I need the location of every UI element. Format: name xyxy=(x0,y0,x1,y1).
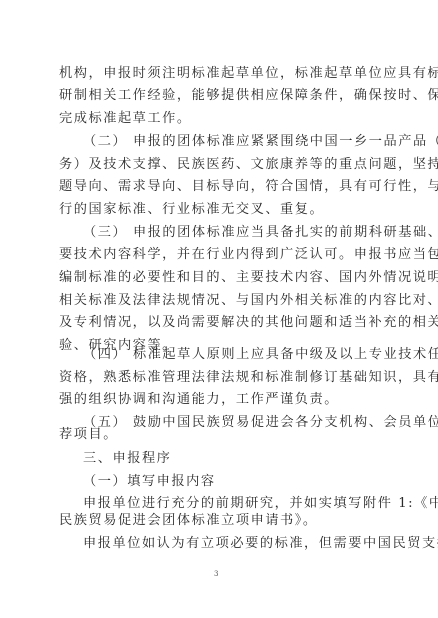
page-number: 3 xyxy=(214,570,218,578)
text-line: 务）及技术支撑、民族医药、文旅康养等的重点问题，坚持问 xyxy=(59,157,379,173)
subsection-heading: （一）填写申报内容 xyxy=(83,474,403,490)
text-line: 相关标准及法律法规情况、与国内外相关标准的内容比对、涉 xyxy=(59,293,379,309)
text-line: 及专利情况，以及尚需要解决的其他问题和适当补充的相关试 xyxy=(59,315,379,331)
text-line: 机构，申报时须注明标准起草单位，标准起草单位应具有标准 xyxy=(59,66,379,82)
text-line: 行的国家标准、行业标准无交叉、重复。 xyxy=(59,202,379,218)
text-line: （二） 申报的团体标准应紧紧围绕中国一乡一品产品（服 xyxy=(83,134,403,150)
text-line: 资格，熟悉标准管理法律法规和标准制修订基础知识，具有较 xyxy=(59,370,379,386)
text-line: 荐项目。 xyxy=(59,427,379,443)
text-line: 强的组织协调和沟通能力，工作严谨负责。 xyxy=(59,392,379,408)
text-line: 完成标准起草工作。 xyxy=(59,111,379,127)
text-line: 民族贸易促进会团体标准立项申请书》。 xyxy=(59,513,379,529)
text-line: 编制标准的必要性和目的、主要技术内容、国内外情况说明、 xyxy=(59,270,379,286)
text-line: （四） 标准起草人原则上应具备中级及以上专业技术任职 xyxy=(83,347,403,363)
text-line: 研制相关工作经验，能够提供相应保障条件，确保按时、保质 xyxy=(59,88,379,104)
text-line: 题导向、需求导向、目标导向，符合国情，具有可行性，与现 xyxy=(59,179,379,195)
text-line: 申报单位进行充分的前期研究，并如实填写附件 1:《中国 xyxy=(83,496,403,512)
text-line: 要技术内容科学，并在行业内得到广泛认可。申报书应当包括 xyxy=(59,247,379,263)
document-page: 机构，申报时须注明标准起草单位，标准起草单位应具有标准 研制相关工作经验，能够提… xyxy=(0,0,438,618)
section-heading: 三、申报程序 xyxy=(83,451,403,467)
text-line: 申报单位如认为有立项必要的标准，但需要中国民贸支持 xyxy=(83,536,403,552)
text-line: （三） 申报的团体标准应当具备扎实的前期科研基础、主 xyxy=(83,225,403,241)
